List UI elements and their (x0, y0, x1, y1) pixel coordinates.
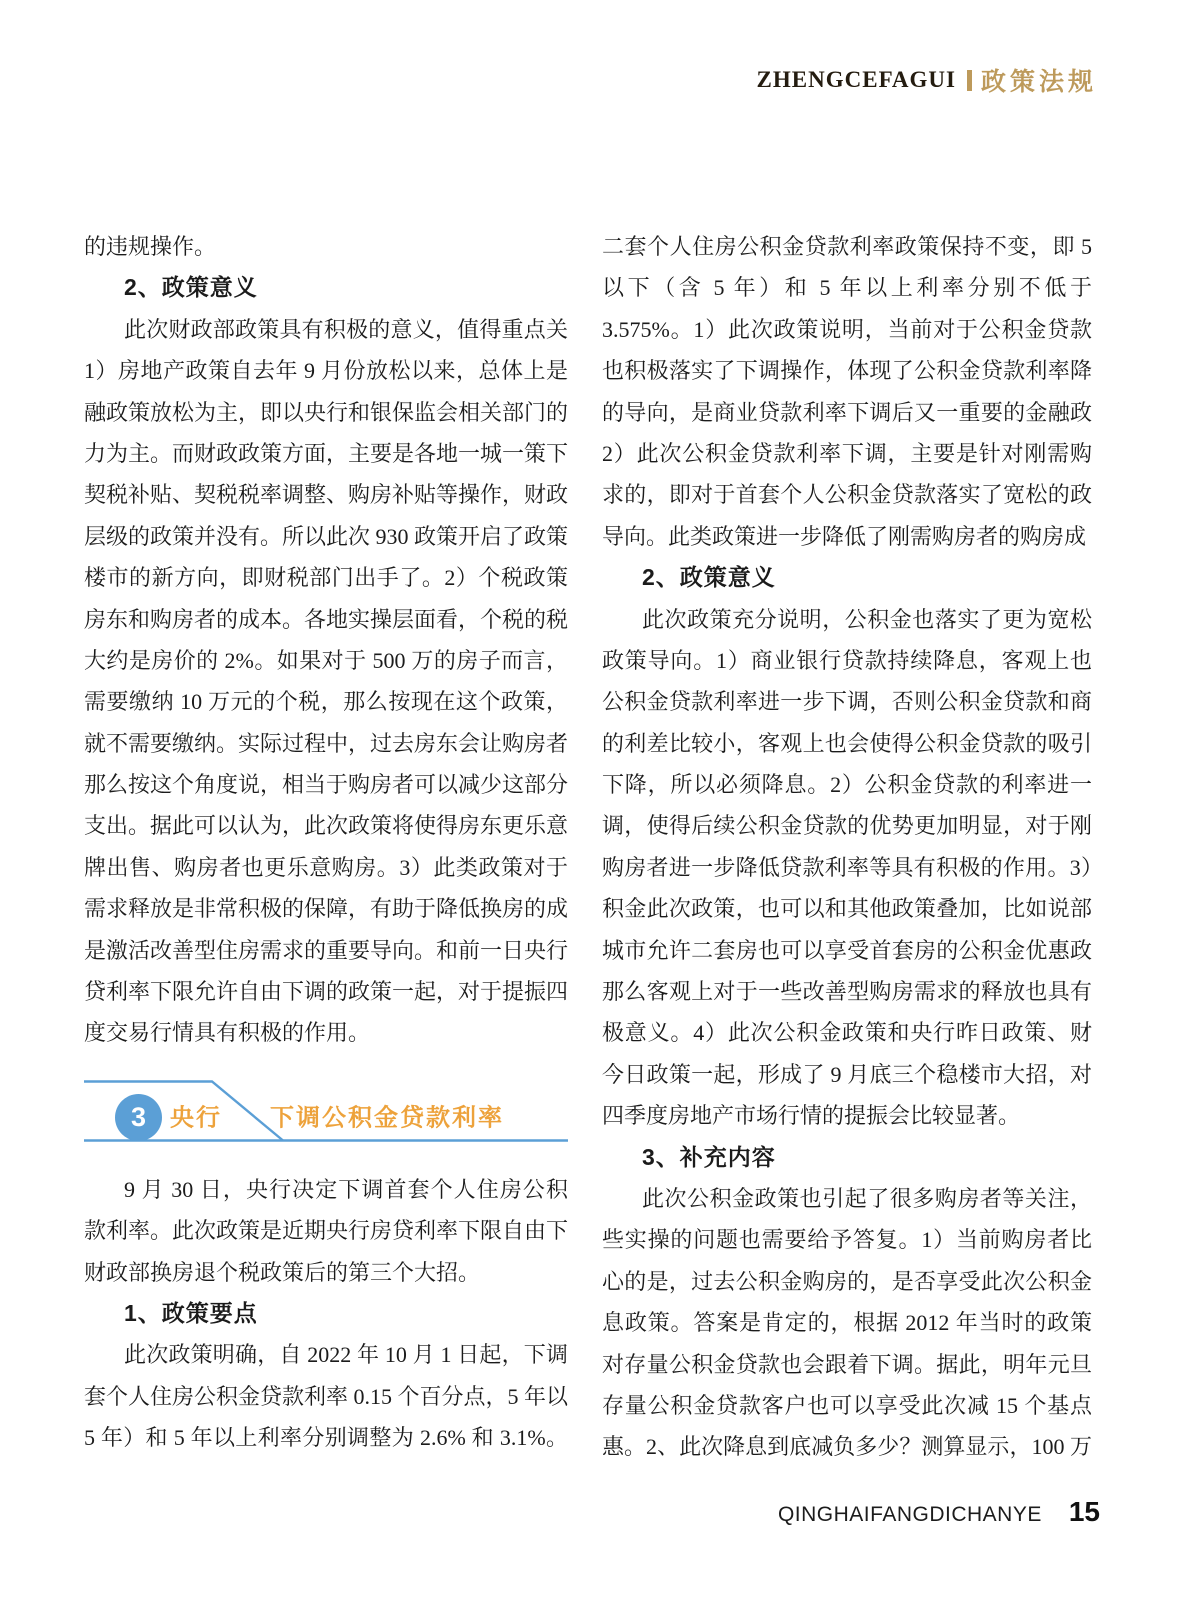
text-line: 9 月 30 日，央行决定下调首套个人住房公积金贷 (84, 1169, 568, 1210)
text-line: 下降，所以必须降息。2）公积金贷款的利率进一步下 (602, 764, 1092, 805)
text-line: 度交易行情具有积极的作用。 (84, 1012, 568, 1053)
text-line: 也积极落实了下调操作，体现了公积金贷款利率降息 (602, 350, 1092, 391)
text-line: 套个人住房公积金贷款利率 0.15 个百分点，5 年以下（含 (84, 1376, 568, 1417)
text-line: 息政策。答案是肯定的，根据 2012 年当时的政策操作， (602, 1302, 1092, 1343)
text-line: 款利率。此次政策是近期央行房贷利率下限自由下调、 (84, 1210, 568, 1251)
text-line: 的导向，是商业贷款利率下调后又一重要的金融政策。 (602, 392, 1092, 433)
text-line: 就不需要缴纳。实际过程中，过去房东会让购房者缴纳， (84, 723, 568, 764)
right-column: 二套个人住房公积金贷款利率政策保持不变，即 5 年以下（含 5 年）和 5 年以… (602, 226, 1092, 1468)
text-line: 此次公积金政策也引起了很多购房者等关注，一 (602, 1178, 1092, 1219)
text-line: 今日政策一起，形成了 9 月底三个稳楼市大招，对于 (602, 1054, 1092, 1095)
text-line: 的违规操作。 (84, 226, 568, 267)
text-line: 公积金贷款利率进一步下调，否则公积金贷款和商贷 (602, 681, 1092, 722)
text-line: 对存量公积金贷款也会跟着下调。据此，明年元旦后， (602, 1344, 1092, 1385)
section-title: 下调公积金贷款利率 (270, 1097, 504, 1132)
section-number-badge: 3 (115, 1094, 162, 1141)
text-line: 以下（含 5 年）和 5 年以上利率分别不低于 3.025% 和 (602, 267, 1092, 308)
text-line: 3.575%。1）此次政策说明，当前对于公积金贷款利率 (602, 309, 1092, 350)
header-divider-bar-icon (967, 70, 972, 91)
text-line: 惠。2、此次降息到底减负多少？测算显示，100 万贷 (602, 1426, 1092, 1467)
text-line: 支出。据此可以认为，此次政策将使得房东更乐意挂 (84, 805, 568, 846)
page-footer: QINGHAIFANGDICHANYE 15 (778, 1496, 1100, 1528)
article-body: 的违规操作。2、政策意义此次财政部政策具有积极的意义，值得重点关注。1）房地产政… (84, 226, 1092, 1468)
text-line: 层级的政策并没有。所以此次 930 政策开启了政策稳 (84, 516, 568, 557)
text-line: 极意义。4）此次公积金政策和央行昨日政策、财政部 (602, 1012, 1092, 1053)
text-line: 那么按这个角度说，相当于购房者可以减少这部分的 (84, 764, 568, 805)
text-line: 的利差比较小，客观上也会使得公积金贷款的吸引力 (602, 723, 1092, 764)
left-column: 的违规操作。2、政策意义此次财政部政策具有积极的意义，值得重点关注。1）房地产政… (84, 226, 568, 1468)
section-banner: 3 央行 下调公积金贷款利率 (84, 1080, 568, 1142)
left-text-block-2: 9 月 30 日，央行决定下调首套个人住房公积金贷款利率。此次政策是近期央行房贷… (84, 1169, 568, 1459)
text-line: 政策导向。1）商业银行贷款持续降息，客观上也需要 (602, 640, 1092, 681)
text-line: 存量公积金贷款客户也可以享受此次减 15 个基点的优 (602, 1385, 1092, 1426)
text-line: 导向。此类政策进一步降低了刚需购房者的购房成本。 (602, 516, 1092, 557)
text-line: 楼市的新方向，即财税部门出手了。2）个税政策影响 (84, 557, 568, 598)
text-line: 需求释放是非常积极的保障，有助于降低换房的成本， (84, 888, 568, 929)
paragraph-heading: 3、补充内容 (602, 1137, 1092, 1178)
text-line: 购房者进一步降低贷款利率等具有积极的作用。3）公 (602, 847, 1092, 888)
text-line: 契税补贴、契税税率调整、购房补贴等操作，财政部 (84, 474, 568, 515)
text-line: 5 年）和 5 年以上利率分别调整为 2.6% 和 3.1%。第 (84, 1417, 568, 1458)
text-line: 财政部换房退个税政策后的第三个大招。 (84, 1252, 568, 1293)
section-label: 央行 (170, 1097, 222, 1132)
text-line: 大约是房价的 2%。如果对于 500 万的房子而言，过去 (84, 640, 568, 681)
paragraph-heading: 2、政策意义 (84, 267, 568, 308)
text-line: 积金此次政策，也可以和其他政策叠加，比如说部分 (602, 888, 1092, 929)
magazine-page: ZHENGCEFAGUI 政策法规 的违规操作。2、政策意义此次财政部政策具有积… (0, 0, 1178, 1600)
text-line: 那么客观上对于一些改善型购房需求的释放也具有积 (602, 971, 1092, 1012)
text-line: 2）此次公积金贷款利率下调，主要是针对刚需购房需 (602, 433, 1092, 474)
paragraph-heading: 2、政策意义 (602, 557, 1092, 598)
page-header: ZHENGCEFAGUI 政策法规 (757, 62, 1097, 98)
text-line: 贷利率下限允许自由下调的政策一起，对于提振四季 (84, 971, 568, 1012)
text-line: 融政策放松为主，即以央行和银保监会相关部门的发 (84, 392, 568, 433)
paragraph-heading: 1、政策要点 (84, 1293, 568, 1334)
text-line: 求的，即对于首套个人公积金贷款落实了宽松的政策 (602, 474, 1092, 515)
right-text-block: 二套个人住房公积金贷款利率政策保持不变，即 5 年以下（含 5 年）和 5 年以… (602, 226, 1092, 1468)
text-line: 1）房地产政策自去年 9 月份放松以来，总体上是以金 (84, 350, 568, 391)
text-line: 二套个人住房公积金贷款利率政策保持不变，即 5 年 (602, 226, 1092, 267)
text-line: 城市允许二套房也可以享受首套房的公积金优惠政策， (602, 930, 1092, 971)
footer-page-number: 15 (1069, 1496, 1100, 1528)
text-line: 需要缴纳 10 万元的个税，那么按现在这个政策，房东 (84, 681, 568, 722)
text-line: 此次财政部政策具有积极的意义，值得重点关注。 (84, 309, 568, 350)
left-text-block-1: 的违规操作。2、政策意义此次财政部政策具有积极的意义，值得重点关注。1）房地产政… (84, 226, 568, 1054)
text-line: 心的是，过去公积金购房的，是否享受此次公积金降 (602, 1261, 1092, 1302)
text-line: 些实操的问题也需要给予答复。1）当前购房者比较关 (602, 1219, 1092, 1260)
text-line: 此次政策明确，自 2022 年 10 月 1 日起，下调首 (84, 1334, 568, 1375)
text-line: 房东和购房者的成本。各地实操层面看，个税的税率 (84, 599, 568, 640)
text-line: 此次政策充分说明，公积金也落实了更为宽松的 (602, 599, 1092, 640)
text-line: 牌出售、购房者也更乐意购房。3）此类政策对于换房 (84, 847, 568, 888)
text-line: 调，使得后续公积金贷款的优势更加明显，对于刚需 (602, 805, 1092, 846)
header-latin-title: ZHENGCEFAGUI (757, 67, 956, 93)
footer-journal-name: QINGHAIFANGDICHANYE (778, 1503, 1042, 1527)
header-section-title: 政策法规 (981, 62, 1097, 98)
text-line: 力为主。而财政政策方面，主要是各地一城一策下的 (84, 433, 568, 474)
text-line: 是激活改善型住房需求的重要导向。和前一日央行房 (84, 930, 568, 971)
text-line: 四季度房地产市场行情的提振会比较显著。 (602, 1095, 1092, 1136)
